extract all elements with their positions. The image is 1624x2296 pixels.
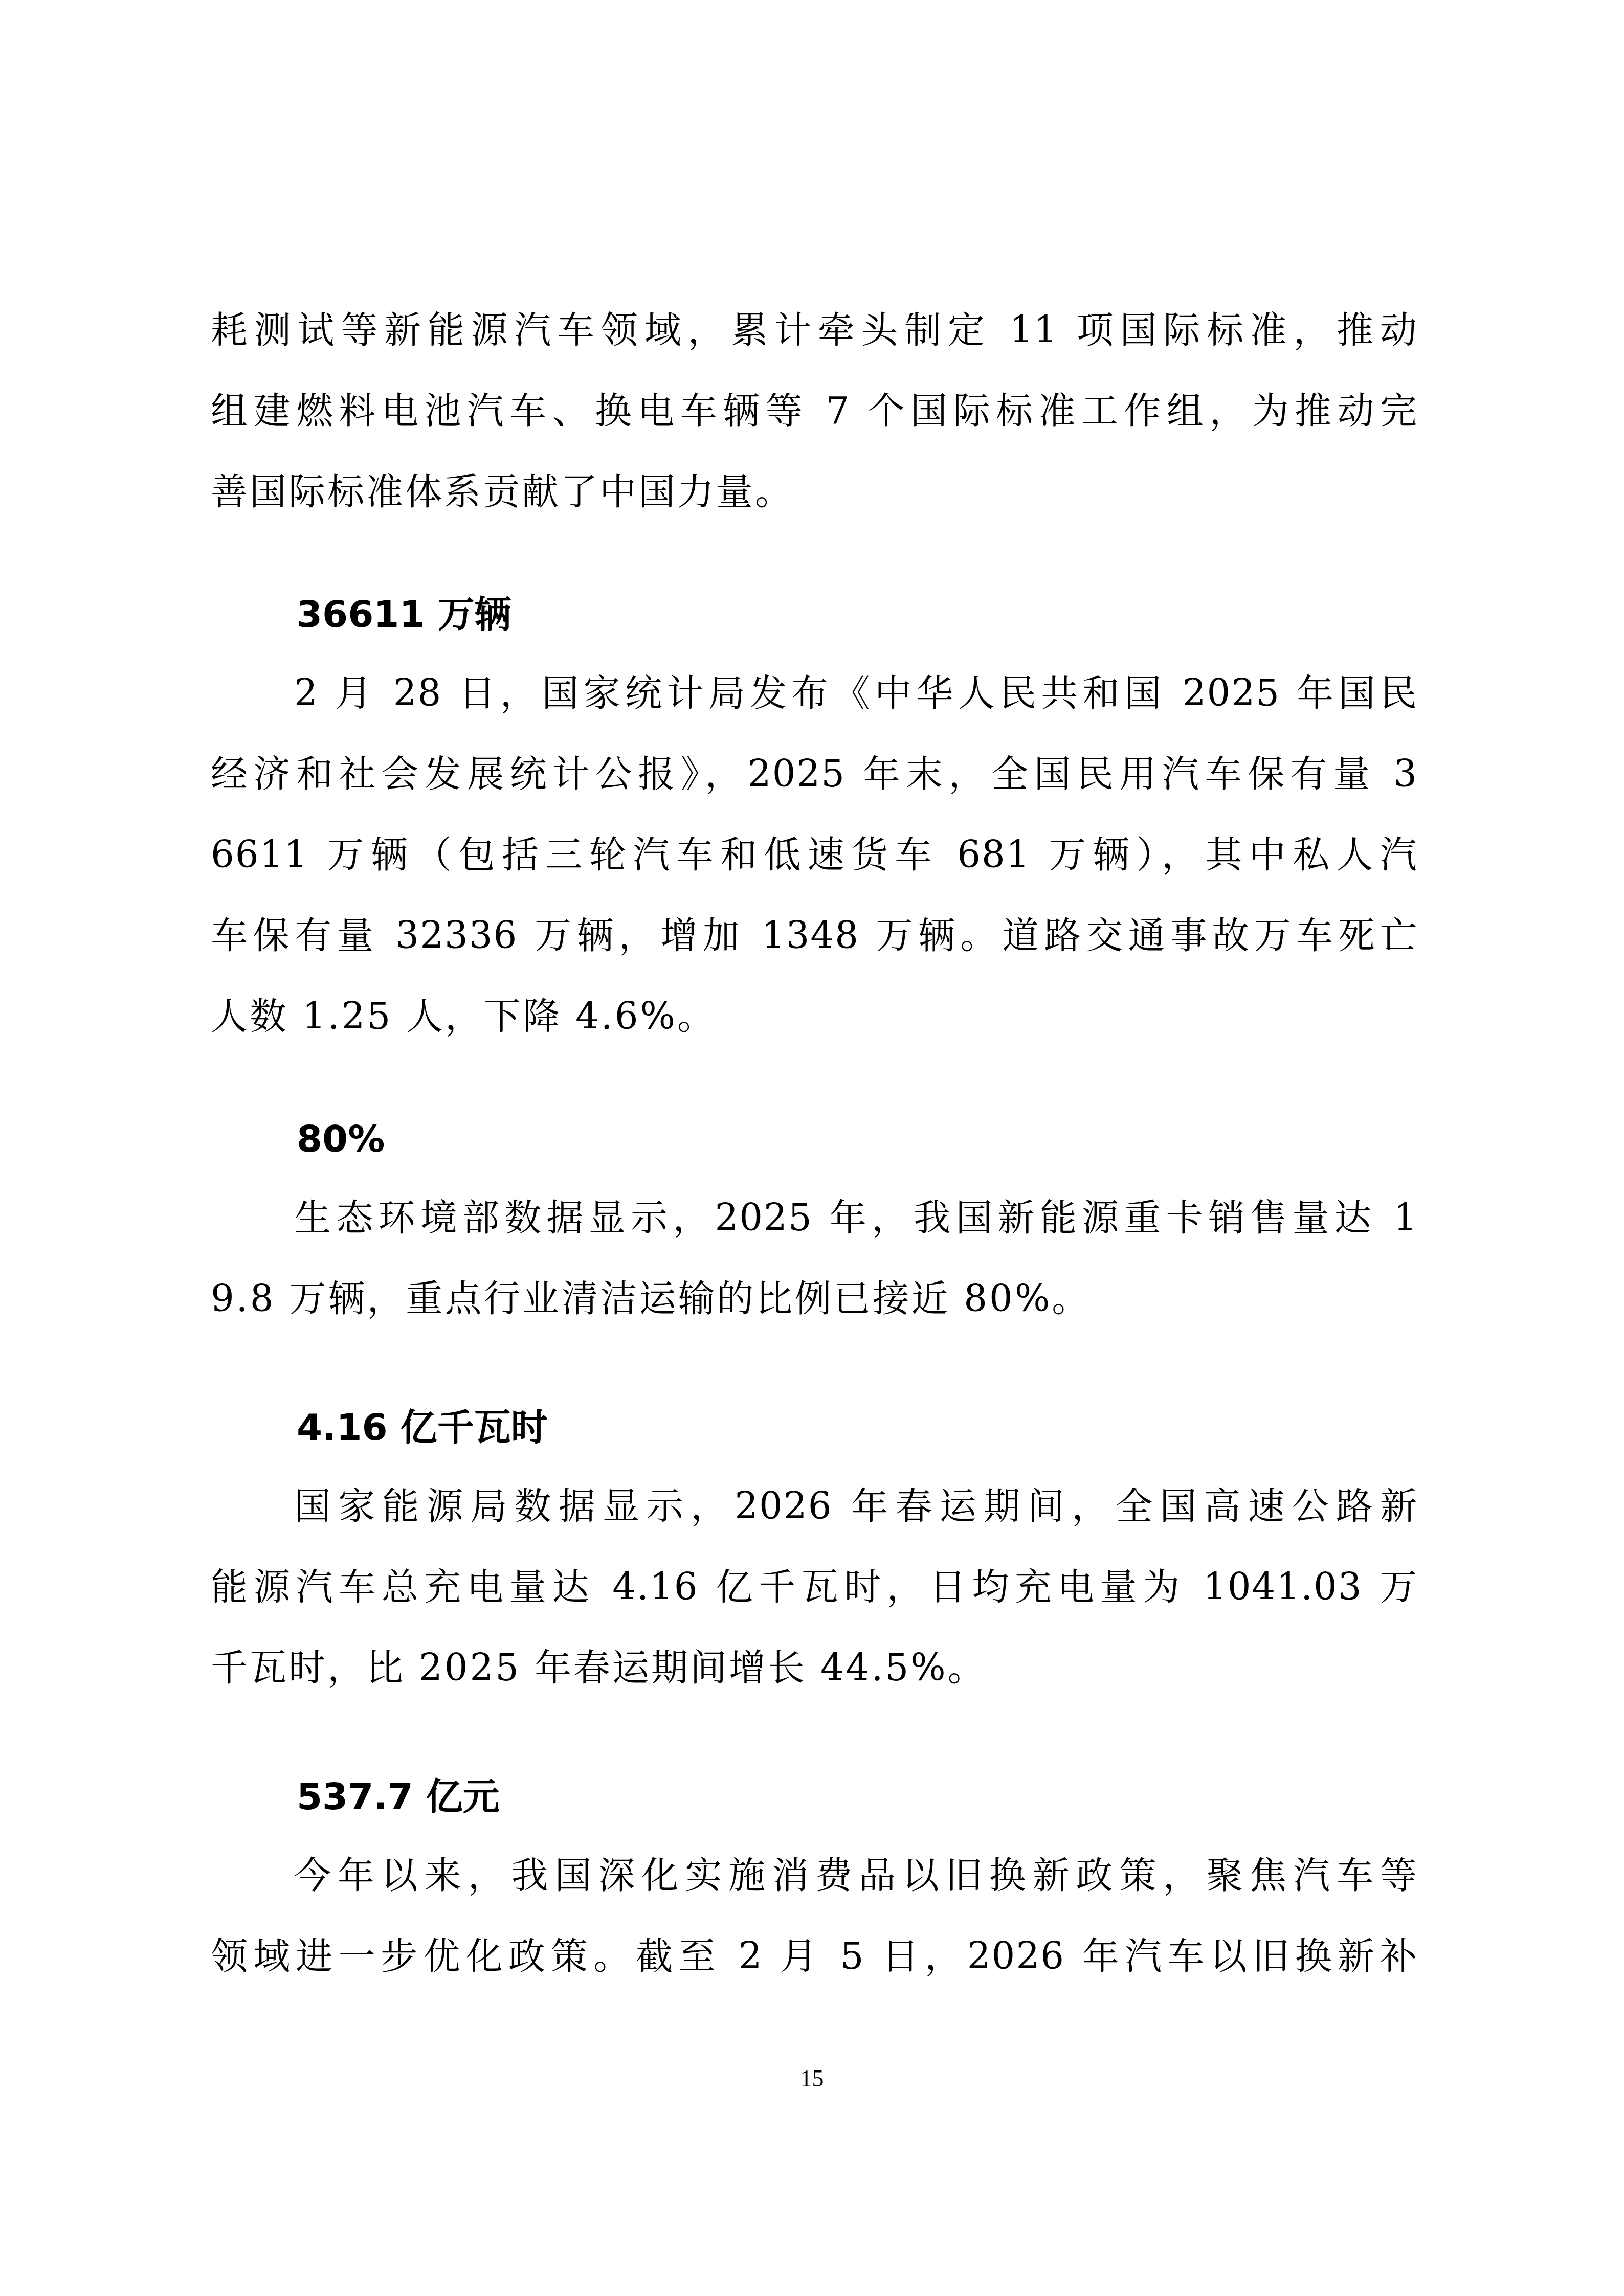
section-heading: 537.7 亿元 [297,1768,500,1825]
paragraph-line: 人数 1.25 人，下降 4.6%。 [211,988,1418,1044]
paragraph-line: 组建燃料电池汽车、换电车辆等 7 个国际标准工作组，为推动完 [211,382,1418,439]
paragraph-line: 国家能源局数据显示，2026 年春运期间，全国高速公路新 [294,1478,1418,1534]
paragraph-line: 6611 万辆（包括三轮汽车和低速货车 681 万辆），其中私人汽 [211,826,1418,883]
paragraph-line: 生态环境部数据显示，2025 年，我国新能源重卡销售量达 1 [294,1189,1418,1246]
paragraph-line: 9.8 万辆，重点行业清洁运输的比例已接近 80%。 [211,1270,1418,1326]
document-page: 耗测试等新能源汽车领域，累计牵头制定 11 项国际标准，推动 组建燃料电池汽车、… [0,0,1624,2296]
paragraph-line: 今年以来，我国深化实施消费品以旧换新政策，聚焦汽车等 [294,1847,1418,1903]
paragraph-line: 能源汽车总充电量达 4.16 亿千瓦时，日均充电量为 1041.03 万 [211,1559,1418,1615]
section-heading: 4.16 亿千瓦时 [297,1399,548,1455]
paragraph-line: 2 月 28 日，国家统计局发布《中华人民共和国 2025 年国民 [294,665,1418,721]
page-number: 15 [0,2063,1624,2094]
paragraph-line: 耗测试等新能源汽车领域，累计牵头制定 11 项国际标准，推动 [211,302,1418,358]
paragraph-line: 经济和社会发展统计公报》，2025 年末，全国民用汽车保有量 3 [211,746,1418,802]
section-heading: 36611 万辆 [297,586,511,642]
section-heading: 80% [297,1111,385,1167]
paragraph-line: 善国际标准体系贡献了中国力量。 [211,463,1418,520]
paragraph-line: 车保有量 32336 万辆，增加 1348 万辆。道路交通事故万车死亡 [211,907,1418,963]
paragraph-line: 千瓦时，比 2025 年春运期间增长 44.5%。 [211,1639,1418,1696]
paragraph-line: 领域进一步优化政策。截至 2 月 5 日，2026 年汽车以旧换新补 [211,1928,1418,1984]
